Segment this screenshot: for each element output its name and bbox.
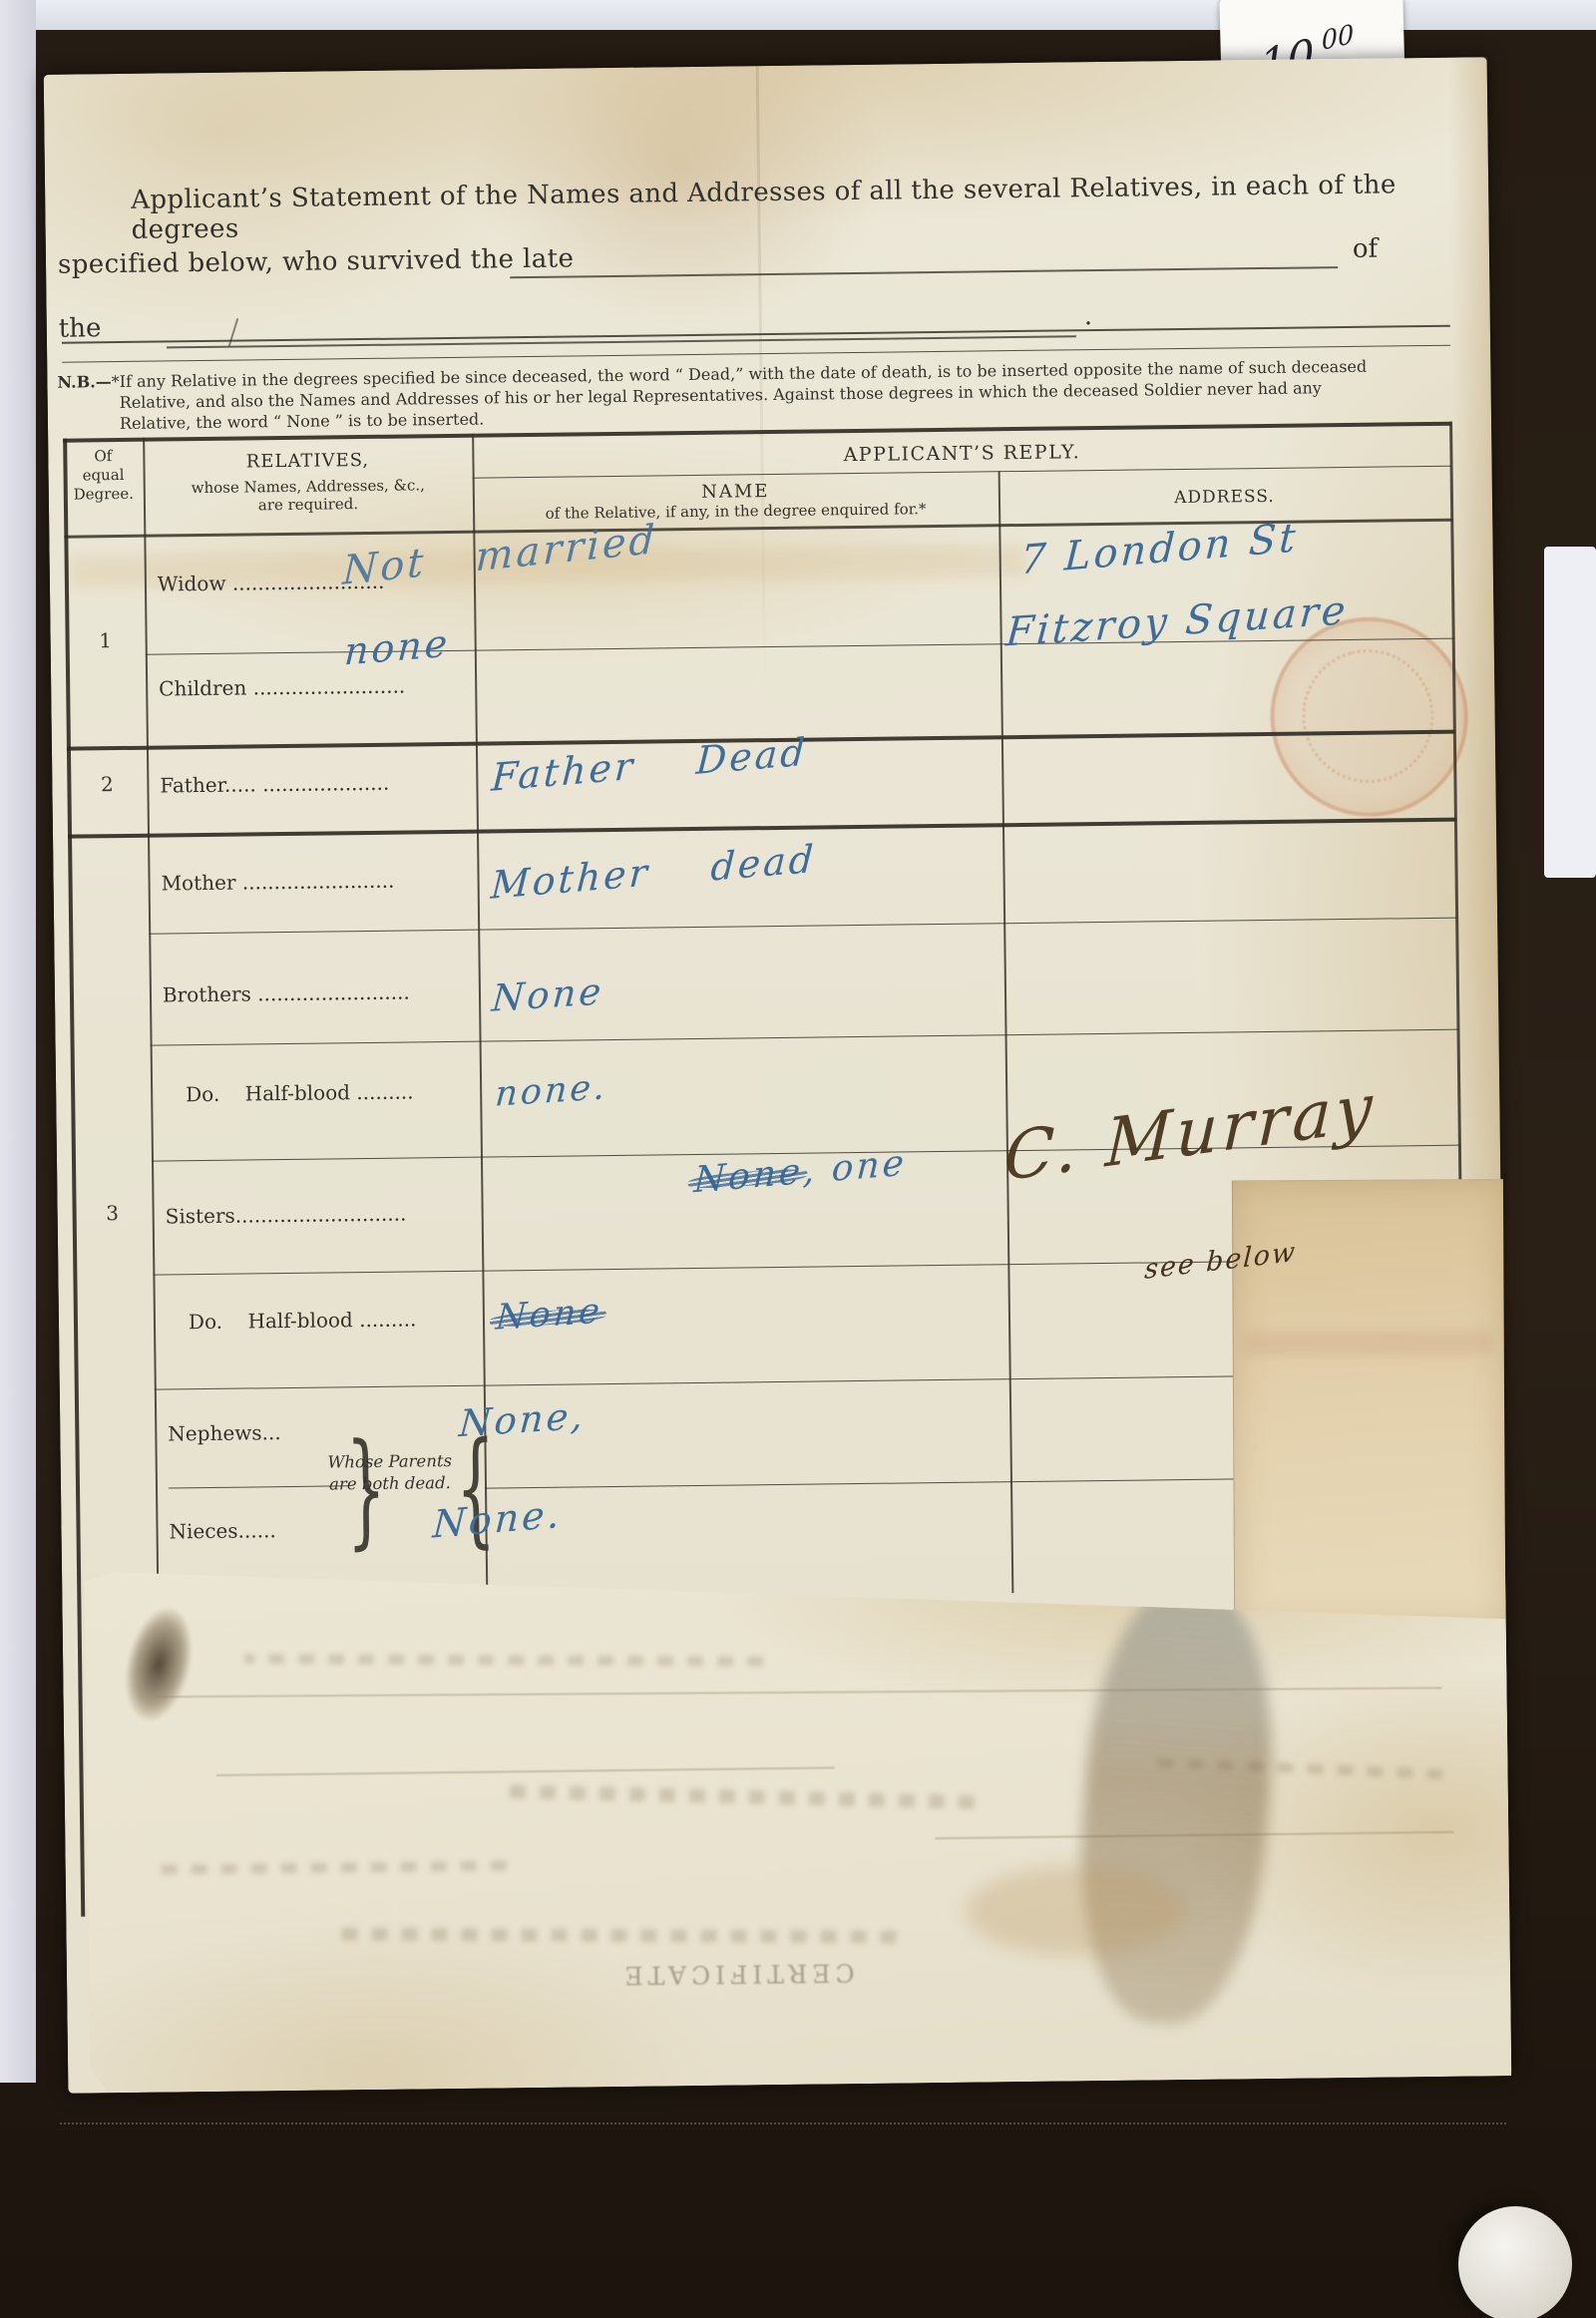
blank-line-deceased-name: [510, 266, 1338, 278]
showthrough-script-5: [337, 1928, 896, 1944]
row-label-nieces: Nieces......: [169, 1518, 275, 1543]
overlay-dark-stain: [114, 1600, 202, 1730]
price-cents: 00: [1321, 19, 1355, 57]
row-label-father: Father..... ....................: [160, 771, 389, 798]
degree-header-2: equal: [63, 466, 143, 486]
row-label-children: Children ........................: [159, 674, 405, 701]
degree-number-2: 2: [67, 772, 147, 797]
form-title-line-3-period: .: [1084, 301, 1093, 331]
row-label-nephews: Nephews...: [168, 1420, 281, 1445]
overlay-smudge-streak: [1068, 1579, 1285, 2031]
row-label-mother: Mother ........................: [161, 869, 394, 896]
group2-bottom-rule: [68, 818, 1456, 839]
degree-header-1: Of: [63, 447, 143, 467]
row-label-half-blood-2: Do. Half-blood .........: [189, 1307, 417, 1334]
nephews-nieces-note: Whose Parents are both dead.: [310, 1450, 471, 1496]
reply-half-blood-1: none.: [494, 1067, 609, 1115]
showthrough-script-1: [244, 1654, 763, 1667]
reply-sisters-inserted: , one: [802, 1143, 908, 1193]
applicants-reply-header: APPLICANT’S REPLY.: [472, 437, 1451, 471]
name-column-header: NAME of the Relative, if any, in the deg…: [473, 478, 998, 523]
fingertip: [1458, 2206, 1572, 2318]
reply-sisters-crossed-out: None: [693, 1151, 805, 1201]
reply-sisters-struck: None, one: [693, 1143, 908, 1202]
form-title-line-3-text: the: [59, 313, 102, 344]
reply-nieces: None.: [432, 1492, 564, 1547]
relatives-header-title: RELATIVES,: [143, 449, 472, 474]
showthrough-script-2: [506, 1784, 975, 1809]
form-title-line-2-of: of: [1353, 234, 1379, 264]
overlapping-paper: CERTIFICATE: [84, 1531, 1512, 2093]
degree-number-1: 1: [65, 628, 145, 653]
brothers-row-rule: [151, 1029, 1459, 1046]
widow-children-divider: [146, 638, 1454, 655]
degree-header: Of equal Degree.: [63, 447, 144, 505]
sisters-signature: C. Murray: [1002, 1068, 1378, 1196]
relatives-header: RELATIVES, whose Names, Addresses, &c., …: [143, 449, 473, 516]
nephews-nieces-note-2: are both dead.: [310, 1472, 470, 1496]
mother-row-rule: [149, 918, 1457, 935]
row-label-sisters: Sisters...........................: [166, 1202, 407, 1229]
degree-number-3: 3: [72, 1201, 152, 1226]
form-title-line-1: Applicant’s Statement of the Names and A…: [131, 169, 1489, 245]
showthrough-certificate-word: CERTIFICATE: [607, 1958, 867, 1990]
photo-of-document: 1000 Applicant’s Statement of the Names …: [0, 0, 1596, 2318]
blank-line-regiment: [167, 335, 1076, 348]
nb-note: N.B.—*If any Relative in the degrees spe…: [57, 355, 1449, 435]
reply-nephews: None,: [458, 1394, 588, 1446]
showthrough-line-2: [216, 1766, 835, 1776]
reply-mother: Mother dead: [490, 837, 818, 908]
sleeve-bottom-dotted-edge: [60, 2123, 1506, 2125]
row-label-brothers: Brothers ........................: [163, 979, 410, 1006]
row-label-half-blood-1: Do. Half-blood .........: [186, 1079, 414, 1106]
degree-header-3: Degree.: [64, 485, 144, 505]
reply-half-blood-2-crossed-out: None: [495, 1292, 604, 1339]
address-column-header: ADDRESS.: [998, 485, 1450, 511]
reply-half-blood-2-scribble: None: [495, 1292, 604, 1339]
document-page: Applicant’s Statement of the Names and A…: [44, 57, 1512, 2094]
form-title-line-2-text: specified below, who survived the late: [58, 243, 575, 279]
sleeve-left-edge: [0, 0, 36, 2083]
nephews-nieces-note-1: Whose Parents: [310, 1450, 470, 1474]
table-left-border: [63, 439, 85, 1917]
showthrough-script-3: [148, 1860, 507, 1874]
reply-children: none: [343, 621, 452, 674]
reply-brothers: None: [491, 969, 605, 1020]
degree-column-rule: [143, 438, 159, 1575]
pen-tick-mark: [227, 318, 238, 347]
nb-label: N.B.—: [57, 372, 111, 392]
sleeve-right-sliver: [1544, 547, 1596, 878]
